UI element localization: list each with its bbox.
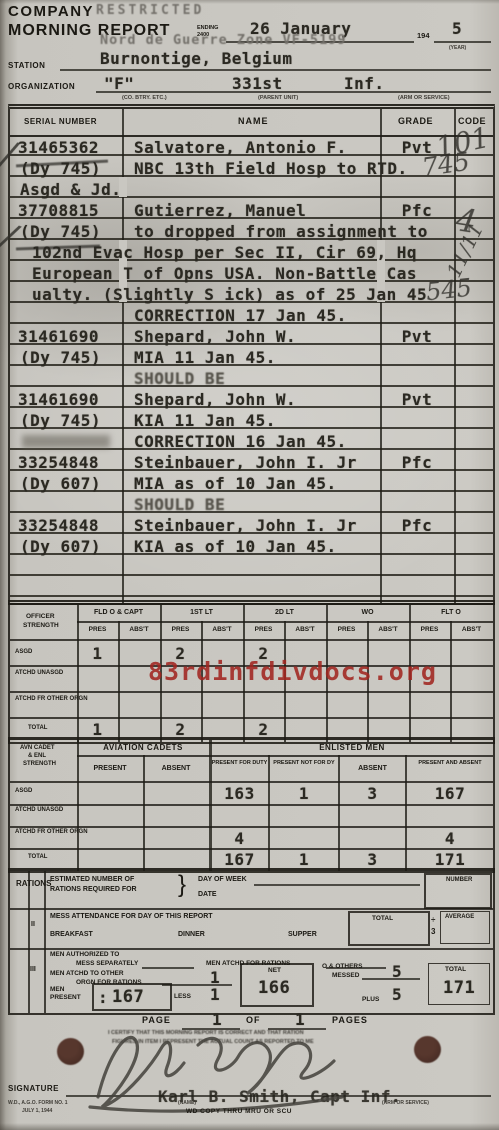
scan-edge-shadow bbox=[0, 1123, 499, 1130]
form-number: W.D., A.G.O. FORM NO. 1 bbox=[8, 1100, 68, 1106]
average-label: AVERAGE bbox=[445, 914, 474, 920]
row-label: ASGD bbox=[15, 649, 32, 655]
sub-pres: PRES bbox=[160, 626, 201, 633]
year-prefix: 194 bbox=[417, 31, 430, 40]
rations-section: RATIONS I ESTIMATED NUMBER OF RATIONS RE… bbox=[8, 868, 495, 1015]
grid-line bbox=[77, 621, 493, 623]
roster-grade: Pfc bbox=[384, 454, 450, 472]
divide-sign: ÷ bbox=[431, 915, 435, 924]
punch-hole bbox=[414, 1036, 441, 1063]
signature-scrawl bbox=[70, 1015, 370, 1120]
form-date: JULY 1, 1944 bbox=[22, 1108, 52, 1114]
enlisted-value: 171 bbox=[407, 851, 493, 869]
roster-serial: 33254848 bbox=[18, 454, 99, 472]
sub-header: ABSENT bbox=[340, 765, 405, 772]
org-arm: Inf. bbox=[344, 75, 385, 93]
enlisted-value: 4 bbox=[211, 830, 268, 848]
men-present-value: 167 bbox=[112, 988, 144, 1007]
sub-abst: ABS'T bbox=[201, 626, 243, 633]
roster-serial: 37708815 bbox=[18, 202, 99, 220]
number-box-label: NUMBER bbox=[446, 877, 472, 883]
ending-label: ENDING bbox=[197, 25, 218, 31]
restricted-stamp: RESTRICTED bbox=[96, 3, 204, 18]
men-label: MEN bbox=[50, 986, 64, 993]
row-label: ATCHD UNASGD bbox=[15, 670, 63, 678]
col-serial-number: SERIAL NUMBER bbox=[24, 117, 97, 126]
station-value: Burnontige, Belgium bbox=[100, 50, 293, 68]
supper-label: SUPPER bbox=[288, 931, 317, 938]
colon: : bbox=[98, 989, 108, 1007]
net-value: 166 bbox=[258, 979, 290, 998]
enlisted-value: 4 bbox=[407, 830, 493, 848]
plus-label: PLUS bbox=[362, 996, 379, 1003]
grid-line bbox=[10, 908, 493, 910]
net-label: NET bbox=[268, 967, 281, 974]
sub-header: PRESENT NOT FOR DY bbox=[270, 760, 338, 768]
roster-name: MIA 11 Jan 45. bbox=[134, 349, 276, 367]
brace: } bbox=[178, 871, 186, 899]
document-page: COMPANY RESTRICTED MORNING REPORT ENDING… bbox=[0, 0, 499, 1130]
arm-caption: (ARM OR SERVICE) bbox=[382, 1100, 429, 1106]
officer-corner-label: OFFICER bbox=[26, 613, 55, 620]
sub-header: PRESENT AND ABSENT bbox=[407, 760, 493, 768]
atchd-other-label: MEN ATCHD TO OTHER bbox=[50, 970, 124, 977]
others-label2: MESSED bbox=[332, 972, 359, 979]
col-grade: GRADE bbox=[398, 116, 433, 126]
less-value: 1 bbox=[210, 986, 220, 1004]
sub-pres: PRES bbox=[326, 626, 367, 633]
roster-grade: Pvt bbox=[384, 328, 450, 346]
grid-line bbox=[10, 639, 493, 641]
roster-serial: (Dy 607) bbox=[20, 475, 101, 493]
roster-name: MIA as of 10 Jan 45. bbox=[134, 475, 337, 493]
officer-value: 2 bbox=[243, 721, 284, 739]
org-parent: 331st bbox=[232, 75, 283, 93]
sub-header: ABSENT bbox=[143, 765, 209, 772]
roster-table: SERIAL NUMBER NAME GRADE CODE 31465362 S… bbox=[8, 104, 495, 605]
blank-rule bbox=[142, 967, 194, 969]
roster-name: NBC 13th Field Hosp to RTD. bbox=[134, 160, 408, 178]
roster-name: Steinbauer, John I. Jr bbox=[134, 517, 357, 535]
organization-rule bbox=[96, 91, 491, 93]
roster-name: ualty. (Slightly S ick) as of 25 Jan 45 bbox=[32, 286, 427, 304]
year-value: 5 bbox=[452, 20, 462, 38]
grid-line bbox=[143, 755, 145, 871]
enlisted-value: 167 bbox=[211, 851, 268, 869]
roster-serial: (Dy 745) bbox=[20, 349, 101, 367]
rations-total-box: TOTAL 171 bbox=[428, 963, 490, 1005]
auth-label: MEN AUTHORIZED TO bbox=[50, 951, 119, 958]
officer-value: 1 bbox=[77, 645, 118, 663]
organization-label: ORGANIZATION bbox=[8, 82, 75, 91]
plus-value: 5 bbox=[392, 986, 402, 1004]
roster-name: CORRECTION 16 Jan 45. bbox=[134, 433, 347, 451]
officer-group: WO bbox=[326, 609, 409, 616]
men-present-box: : 167 bbox=[92, 983, 172, 1011]
grid-line bbox=[44, 871, 46, 1013]
roster-name: Steinbauer, John I. Jr bbox=[134, 454, 357, 472]
enlisted-value: 3 bbox=[340, 851, 405, 869]
blank-rule bbox=[254, 884, 420, 886]
average-box: AVERAGE bbox=[440, 911, 490, 944]
numeral-iii: III bbox=[30, 966, 36, 973]
sub-pres: PRES bbox=[243, 626, 284, 633]
roster-name: Shepard, John W. bbox=[134, 328, 296, 346]
grid-line bbox=[10, 691, 493, 693]
row-label: ATCHD FR OTHER ORGN bbox=[15, 696, 70, 704]
officer-group: 1ST LT bbox=[160, 609, 243, 616]
roster-name: KIA as of 10 Jan 45. bbox=[134, 538, 337, 556]
row-label: ATCHD FR OTHER ORGN bbox=[15, 829, 70, 837]
rations-est-label: RATIONS REQUIRED FOR bbox=[50, 886, 137, 893]
col-name: NAME bbox=[238, 116, 269, 126]
grid-line bbox=[10, 781, 493, 783]
day-of-week-label: DAY OF WEEK bbox=[198, 876, 247, 883]
roster-grade: Pfc bbox=[384, 202, 450, 220]
rations-vertical-label: RATIONS bbox=[16, 875, 26, 894]
officer-group: FLD O & CAPT bbox=[77, 609, 160, 616]
present-label: PRESENT bbox=[50, 994, 81, 1001]
morning-report-scan: { "header": { "company_label": "COMPANY"… bbox=[0, 0, 499, 1130]
officer-value: 1 bbox=[77, 721, 118, 739]
others-label: O & OTHERS bbox=[322, 963, 362, 970]
breakfast-label: BREAKFAST bbox=[50, 931, 93, 938]
grid-line bbox=[10, 948, 493, 950]
roster-serial: 33254848 bbox=[18, 517, 99, 535]
grid-line bbox=[28, 871, 30, 1013]
row-label: TOTAL bbox=[28, 854, 47, 860]
roster-name: European T of Opns USA. Non-Battle Cas bbox=[32, 265, 417, 283]
roster-name: SHOULD BE bbox=[134, 370, 225, 388]
row-label: TOTAL bbox=[28, 725, 47, 731]
enlisted-corner-label: AVN CADET bbox=[20, 745, 55, 751]
roster-serial: Asgd & Jd. bbox=[20, 181, 121, 199]
divide-three: 3 bbox=[431, 927, 435, 936]
sub-pres: PRES bbox=[77, 626, 118, 633]
mess-attendance-label: MESS ATTENDANCE FOR DAY OF THIS REPORT bbox=[50, 913, 213, 920]
mess-separately-label: MESS SEPARATELY bbox=[76, 960, 138, 967]
roster-grade: Pfc bbox=[384, 517, 450, 535]
numeral-ii: II bbox=[31, 921, 35, 928]
enlisted-value: 167 bbox=[407, 785, 493, 803]
enlisted-corner-label: & ENL bbox=[28, 753, 46, 759]
roster-serial: (Dy 745) bbox=[20, 412, 101, 430]
roster-name: Gutierrez, Manuel bbox=[134, 202, 306, 220]
roster-name: Salvatore, Antonio F. bbox=[134, 139, 347, 157]
censor-stamp: Nord de Guerre Zone VF-5199 bbox=[100, 32, 346, 48]
roster-name: SHOULD BE bbox=[134, 496, 225, 514]
company-label: COMPANY bbox=[8, 3, 94, 20]
less-label: LESS bbox=[174, 993, 191, 1000]
enlisted-value: 163 bbox=[211, 785, 268, 803]
roster-serial: (Dy 745) bbox=[20, 223, 101, 241]
caption-arm: (ARM OR SERVICE) bbox=[398, 95, 450, 101]
officer-corner-label: STRENGTH bbox=[23, 622, 59, 629]
roster-serial: 31465362 bbox=[18, 139, 99, 157]
name-caption: (NAME) bbox=[178, 1100, 196, 1106]
mess-total-box: TOTAL bbox=[348, 911, 430, 946]
station-label: STATION bbox=[8, 61, 45, 70]
group-enlisted-men: ENLISTED MEN bbox=[211, 743, 493, 752]
enlisted-corner-label: STRENGTH bbox=[23, 761, 56, 767]
sub-abst: ABS'T bbox=[367, 626, 409, 633]
roster-serial: 31461690 bbox=[18, 328, 99, 346]
date-label: DATE bbox=[198, 891, 217, 898]
year-caption: (YEAR) bbox=[449, 45, 466, 51]
grid-line bbox=[10, 717, 493, 719]
enlisted-value: 3 bbox=[340, 785, 405, 803]
sub-abst: ABS'T bbox=[118, 626, 160, 633]
rations-est-label: ESTIMATED NUMBER OF bbox=[50, 876, 134, 883]
row-label: ATCHD UNASGD bbox=[15, 807, 63, 815]
rations-total-label: TOTAL bbox=[445, 966, 466, 973]
copy-note: WD COPY THRU MRU OR SCU bbox=[186, 1108, 292, 1115]
roster-serial: 31461690 bbox=[18, 391, 99, 409]
row-label: ASGD bbox=[15, 788, 32, 794]
rations-total-value: 171 bbox=[443, 979, 475, 998]
ink-smudge bbox=[22, 435, 110, 448]
watermark: 83rdinfdivdocs.org bbox=[148, 657, 437, 686]
mess-total-label: TOTAL bbox=[372, 915, 393, 922]
caption-co: (CO. BTRY. ETC.) bbox=[122, 95, 167, 101]
sub-pres: PRES bbox=[409, 626, 450, 633]
officer-value: 2 bbox=[160, 721, 201, 739]
org-company: "F" bbox=[104, 75, 134, 93]
roster-serial: (Dy 607) bbox=[20, 538, 101, 556]
grid-line bbox=[10, 804, 493, 806]
sub-abst: ABS'T bbox=[284, 626, 326, 633]
station-rule bbox=[60, 69, 491, 71]
roster-grade: Pvt bbox=[384, 391, 450, 409]
roster-name: KIA 11 Jan 45. bbox=[134, 412, 276, 430]
grid-line bbox=[10, 826, 493, 828]
number-box: NUMBER bbox=[424, 873, 492, 909]
blank-rule bbox=[362, 978, 420, 980]
signature-label: SIGNATURE bbox=[8, 1084, 59, 1093]
caption-parent: (PARENT UNIT) bbox=[258, 95, 298, 101]
group-aviation-cadets: AVIATION CADETS bbox=[77, 743, 209, 752]
enlisted-value: 1 bbox=[270, 785, 338, 803]
scan-edge-shadow bbox=[0, 0, 499, 4]
roster-name: CORRECTION 17 Jan 45. bbox=[134, 307, 347, 325]
roster-name: to dropped from assignment to bbox=[134, 223, 428, 241]
sub-abst: ABS'T bbox=[450, 626, 493, 633]
net-box: NET 166 bbox=[240, 963, 314, 1007]
dinner-label: DINNER bbox=[178, 931, 205, 938]
year-rule bbox=[434, 41, 491, 43]
roster-name: Shepard, John W. bbox=[134, 391, 296, 409]
grid-line bbox=[77, 755, 493, 757]
handwritten-code-mark: 545 bbox=[425, 274, 473, 307]
blank-rule bbox=[162, 984, 232, 986]
enlisted-table: AVN CADET & ENL STRENGTH AVIATION CADETS… bbox=[8, 737, 495, 873]
sub-header: PRESENT FOR DUTY bbox=[211, 760, 268, 768]
enlisted-value: 1 bbox=[270, 851, 338, 869]
numeral-i: I bbox=[32, 881, 34, 888]
officer-group: 2D LT bbox=[243, 609, 326, 616]
officer-group: FLT O bbox=[409, 609, 493, 616]
roster-header-row: SERIAL NUMBER NAME GRADE CODE bbox=[10, 109, 493, 137]
sub-header: PRESENT bbox=[77, 765, 143, 772]
